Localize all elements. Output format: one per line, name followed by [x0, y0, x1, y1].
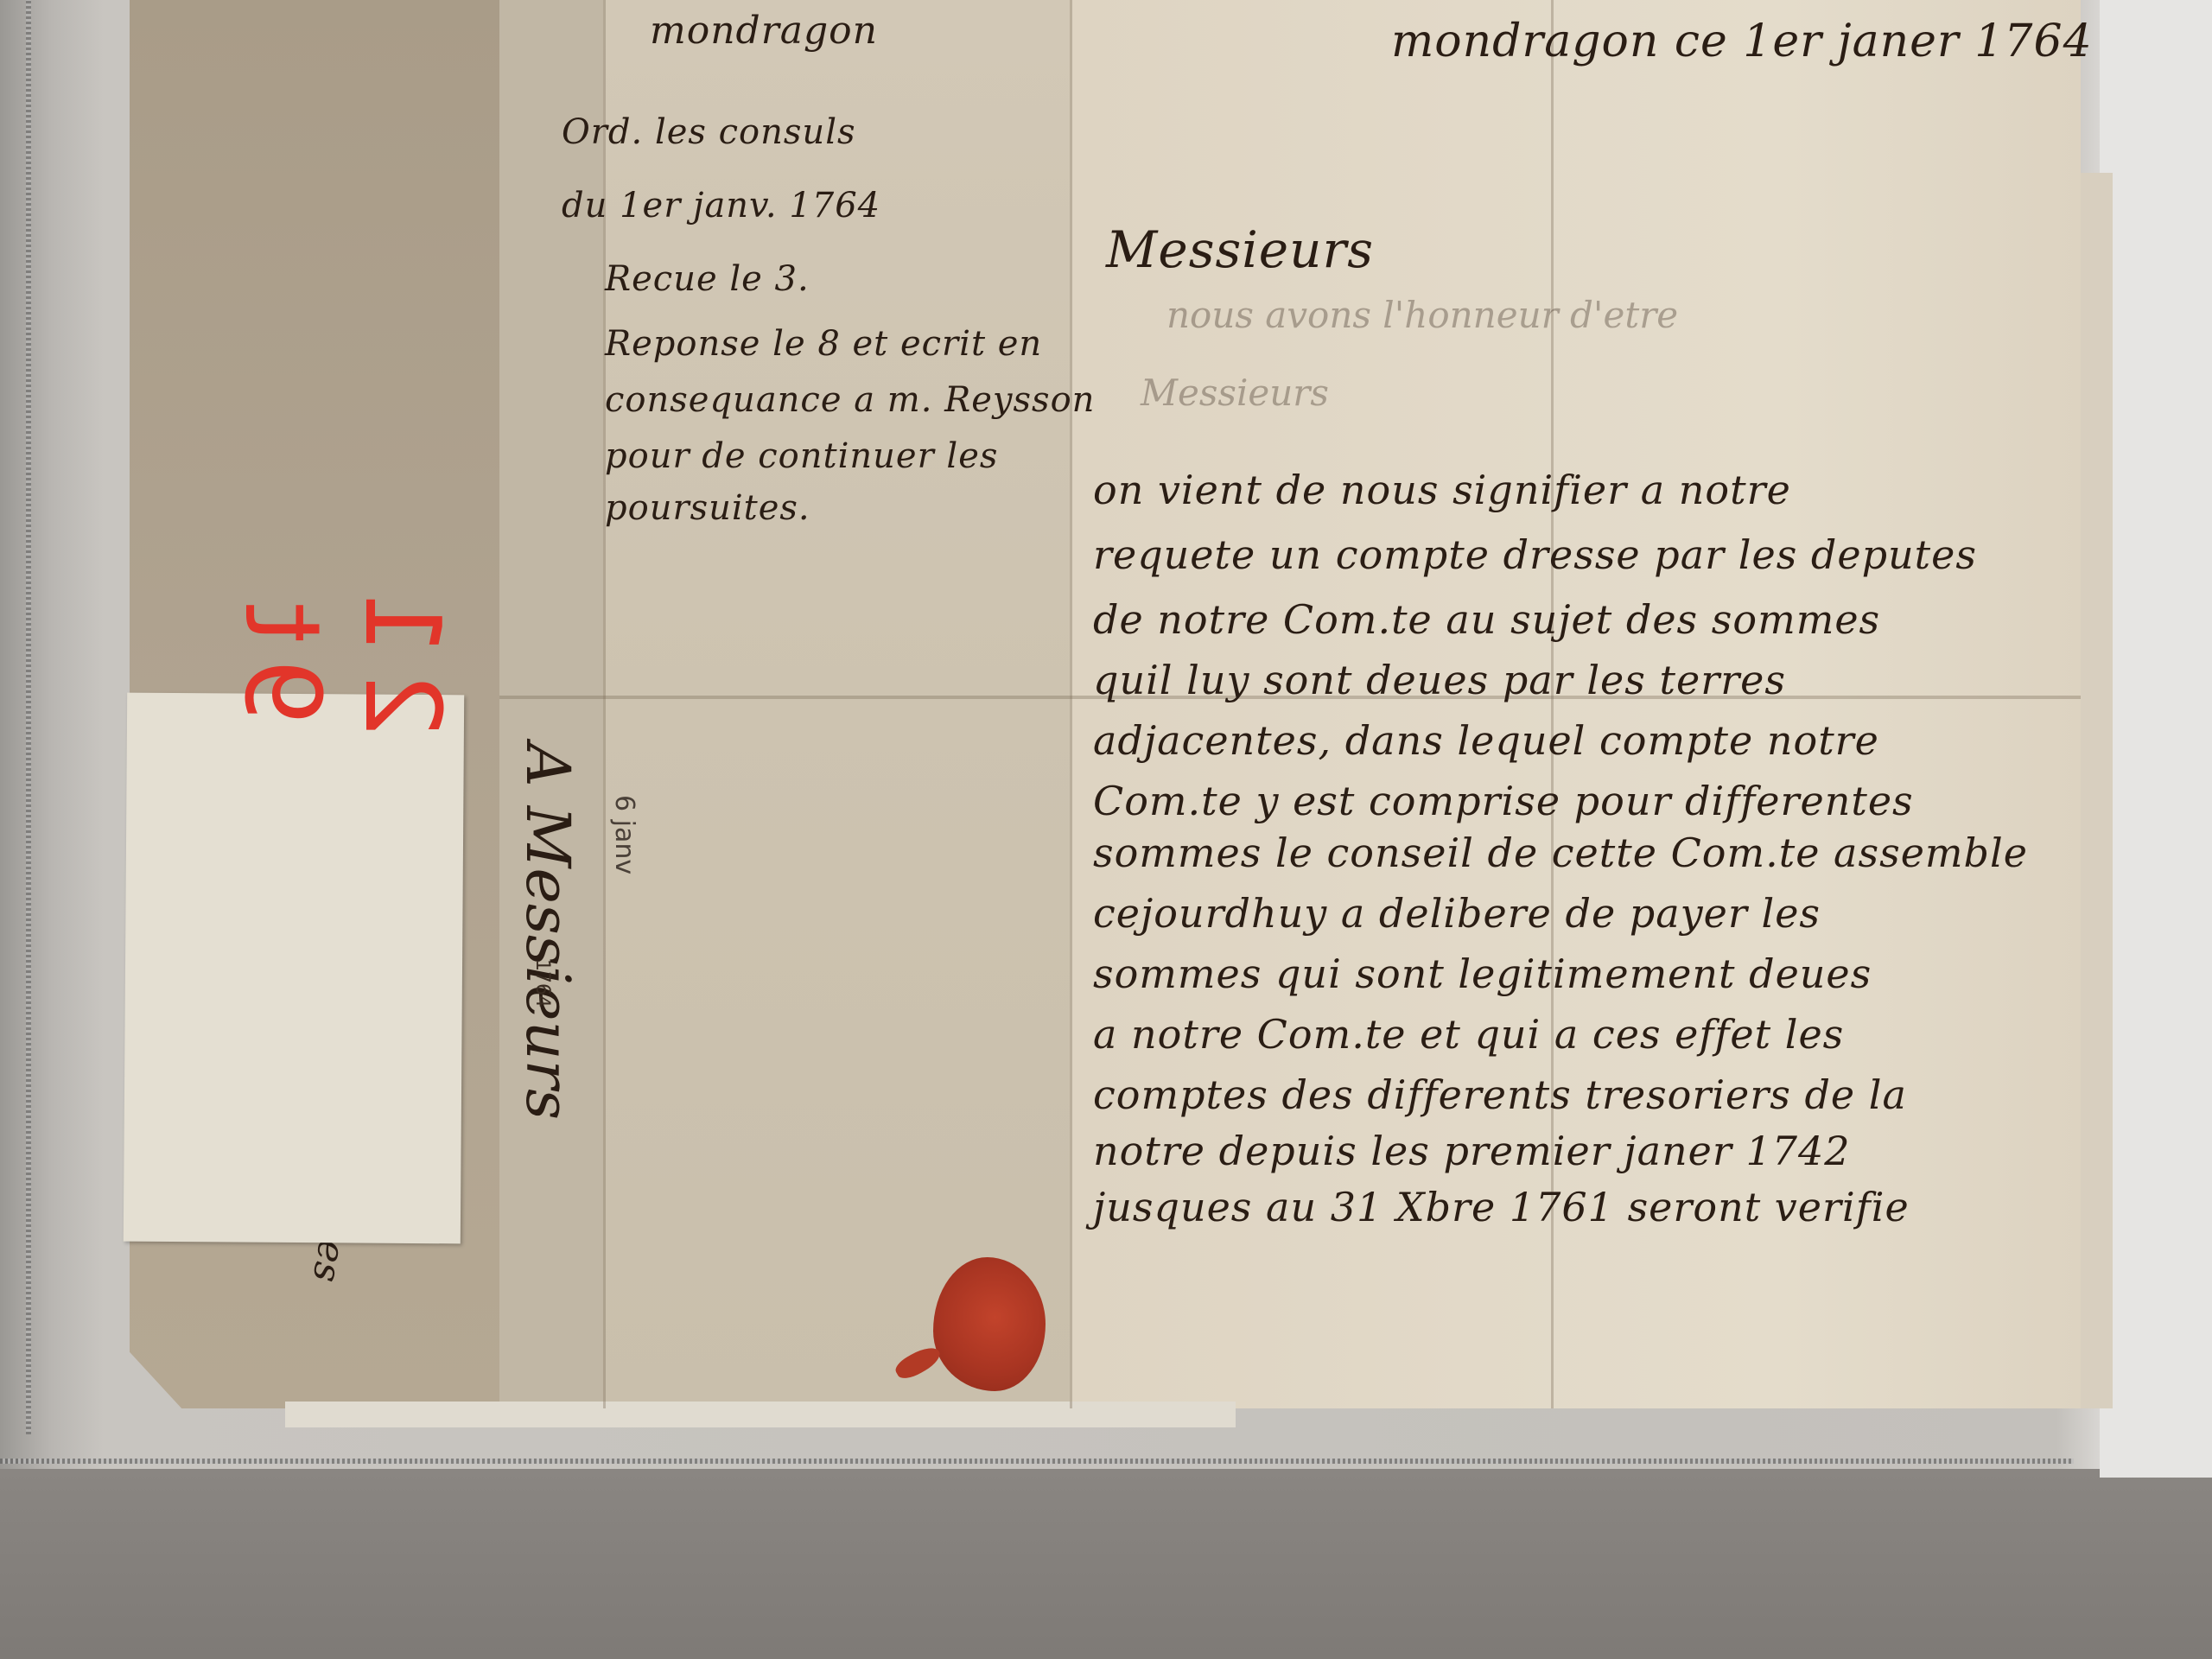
salutation: Messieurs [1106, 220, 1374, 279]
sleeve-zip-seal [0, 1459, 2074, 1464]
vertical-fold [1070, 0, 1072, 1408]
body-line: de notre Com.te au sujet des sommes [1093, 596, 1880, 643]
bleed-through-text: Messieurs [1141, 372, 1329, 414]
body-line: notre depuis les premier janer 1742 [1093, 1128, 1851, 1174]
body-line: adjacentes, dans lequel compte notre [1093, 717, 1879, 764]
docket-line: du 1er janv. 1764 [562, 186, 880, 226]
body-line: Com.te y est comprise pour differentes [1093, 778, 1914, 824]
pencil-note: 6 janv [609, 795, 639, 874]
body-line: quil luy sont deues par les terres [1093, 657, 1786, 703]
body-line: sommes qui sont legitimement deues [1093, 950, 1872, 997]
place-header: mondragon [650, 9, 878, 53]
address-year-note: 1764 [531, 959, 553, 1007]
docket-line: Recue le 3. [605, 259, 810, 299]
sleeve-right-edge [2100, 0, 2212, 1478]
docket-line: Reponse le 8 et ecrit en [605, 324, 1042, 364]
wax-seal [933, 1257, 1046, 1391]
table-surface [0, 1469, 2212, 1659]
body-line: requete un compte dresse par les deputes [1093, 531, 1977, 578]
date-line: mondragon ce 1er janer 1764 [1391, 16, 2093, 67]
address-text: A Messieurs [512, 743, 583, 1120]
sleeve-zip-left [26, 0, 31, 1434]
body-line: a notre Com.te et qui a ces effet les [1093, 1011, 1844, 1058]
body-line: jusques au 31 Xbre 1761 seront verifie [1093, 1184, 1910, 1230]
body-line: sommes le conseil de cette Com.te assemb… [1093, 829, 2028, 876]
docket-line: consequance a m. Reysson [605, 380, 1095, 420]
body-line: on vient de nous signifier a notre [1093, 467, 1791, 513]
bleed-through-text: nous avons l'honneur d'etre [1166, 294, 1678, 336]
docket-line: pour de continuer les [605, 436, 998, 476]
paper-strip-bottom [285, 1402, 1236, 1427]
body-line: comptes des differents tresoriers de la [1093, 1071, 1907, 1118]
archive-label-number: 21 9t [221, 483, 461, 829]
docket-line: Ord. les consuls [562, 112, 856, 152]
body-line: cejourdhuy a delibere de payer les [1093, 890, 1821, 937]
edge-script-fragment: es [303, 1236, 354, 1286]
docket-line: poursuites. [605, 488, 810, 528]
archive-label-text: 21 9t [221, 483, 461, 829]
